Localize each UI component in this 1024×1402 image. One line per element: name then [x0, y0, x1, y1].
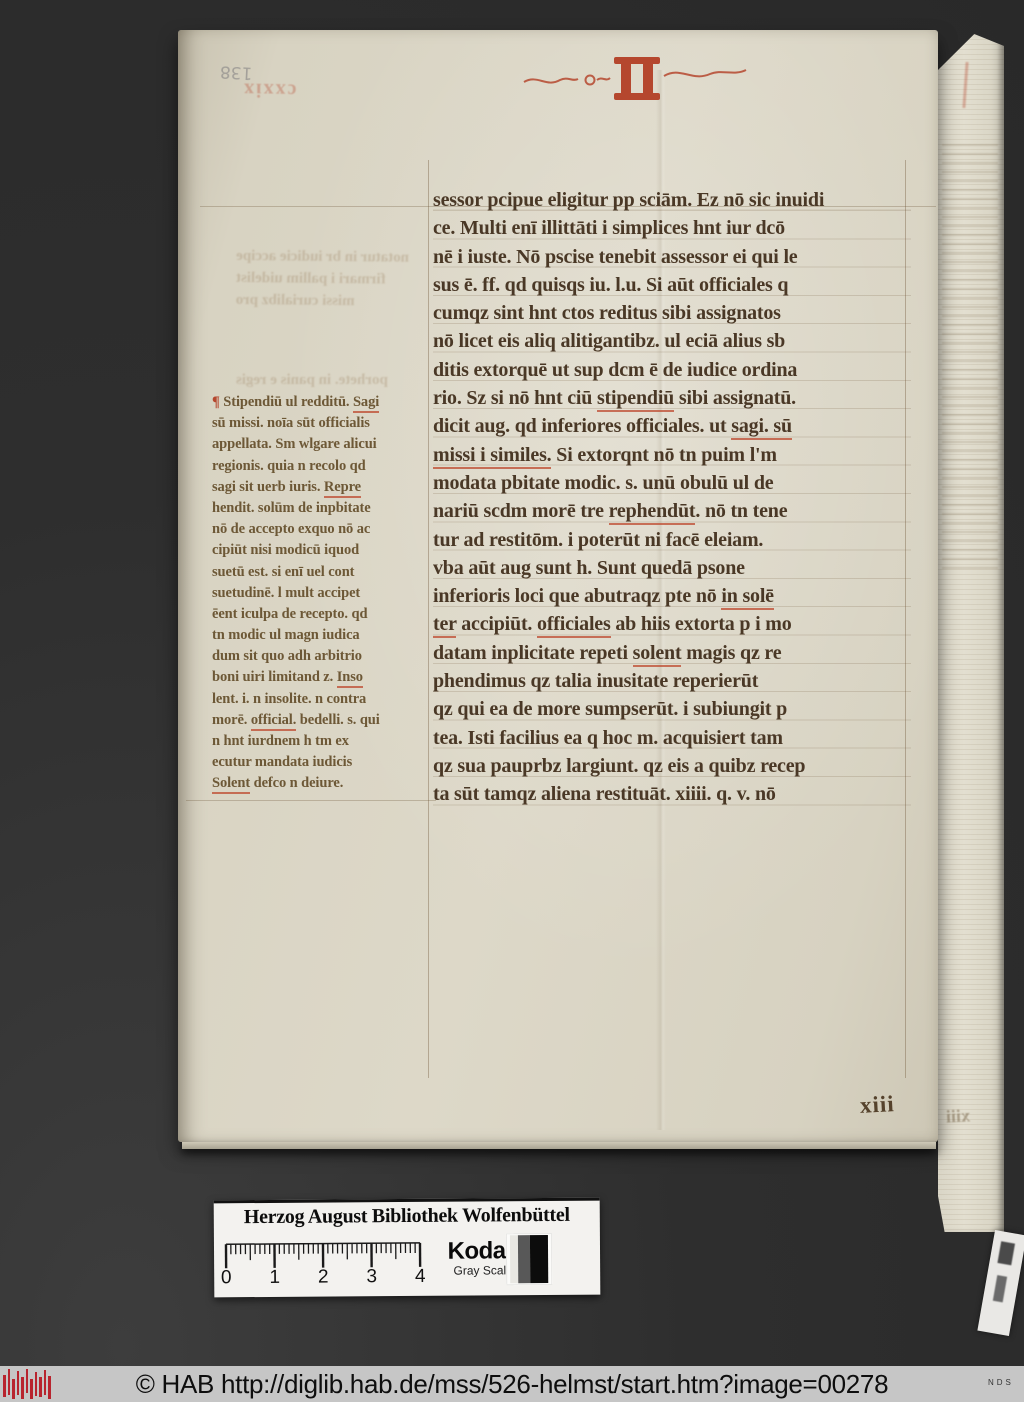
- showthrough-line: firmari i pallim uidelist: [236, 267, 446, 291]
- sliver-dark-patch: [997, 1241, 1015, 1265]
- text-line: phendimus qz talia inusitate reperierūt: [433, 667, 911, 695]
- text-line: appellata. Sm wlgare alicui: [212, 434, 440, 455]
- sliver-gray-patch: [993, 1275, 1007, 1302]
- text-line: sus ē. ff. qd quisqs iu. l.u. Si aūt off…: [433, 271, 911, 299]
- text-line: modata pbitate modic. s. unū obulū ul de: [433, 469, 911, 497]
- marginal-gloss-column: ¶ Stipendiū ul redditū. Sagisū missi. no…: [212, 392, 440, 795]
- photographer-corner-mark: NDS: [988, 1378, 1014, 1387]
- fore-edge-showthrough-texture: [942, 144, 998, 574]
- text-line: qz qui ea de more sumpserūt. i subiungit…: [433, 695, 911, 723]
- text-line: suetudinē. l mult accipet: [212, 583, 440, 604]
- caption-bar: © HAB http://diglib.hab.de/mss/526-helms…: [0, 1366, 1024, 1402]
- text-line: lent. i. n insolite. n contra: [212, 689, 440, 710]
- text-line: nō licet eis aliq alitigantibz. ul eciā …: [433, 327, 911, 355]
- text-line: sagi sit uerb iuris. Repre: [212, 477, 440, 498]
- ruler-number: 2: [315, 1267, 331, 1289]
- kodak-reference-card: Herzog August Bibliothek Wolfenbüttel 01…: [214, 1198, 601, 1298]
- text-line: dum sit quo adh arbitrio: [212, 646, 440, 667]
- text-line: rio. Sz si nō hnt ciū stipendiū sibi ass…: [433, 384, 911, 412]
- text-line: vba aūt aug sunt h. Sunt quedā psone: [433, 554, 911, 582]
- text-line: nē i iuste. Nō pscise tenebit assessor e…: [433, 243, 911, 271]
- text-line: inferioris loci que abutraqz pte nō in s…: [433, 582, 911, 610]
- gray-step-black: [530, 1235, 548, 1283]
- text-line: tn modic ul magn iudica: [212, 625, 440, 646]
- ruler-numbers: 01234: [222, 1266, 424, 1291]
- text-line: sessor pcipue eligitur pp sciām. Ez nō s…: [433, 186, 911, 214]
- text-line: qz sua pauprbz largiunt. qz eis a quibz …: [433, 752, 911, 780]
- source-url-caption: © HAB http://diglib.hab.de/mss/526-helms…: [0, 1369, 1024, 1400]
- ruling-line-gloss-bottom: [186, 800, 436, 801]
- text-line: ta sūt tamqz aliena restituāt. xiiii. q.…: [433, 780, 911, 808]
- text-line: ēent iculpa de recepto. qd: [212, 604, 440, 625]
- text-line: tur ad restitōm. i poterūt ni facē eleia…: [433, 526, 911, 554]
- showthrough-text-line: porhete. in panis e regis: [236, 372, 446, 389]
- text-line: Solent defco n deiure.: [212, 773, 440, 794]
- gray-step-mid: [518, 1235, 530, 1283]
- quire-signature: xiii: [859, 1091, 895, 1119]
- registration-barcode-icon: [2, 1367, 54, 1401]
- text-line: ecutur mandata iudicis: [212, 752, 440, 773]
- text-line: nō de accepto exquo nō ac: [212, 519, 440, 540]
- leaf-bottom-edge: [182, 1142, 936, 1149]
- showthrough-line: missi curialibz pro: [236, 289, 446, 313]
- fore-edge-red-mark: [962, 62, 968, 108]
- text-line: boni uiri limitand z. Inso: [212, 667, 440, 688]
- gray-scale-steps: [510, 1235, 548, 1283]
- text-line: ditis extorquē ut sup dcm ē de iudice or…: [433, 356, 911, 384]
- text-line: ¶ Stipendiū ul redditū. Sagi: [212, 392, 440, 413]
- showthrough-text-block: notatur in br iudicie accipefirmari i pa…: [236, 245, 447, 313]
- text-line: ter accipiūt. officiales ab hiis extorta…: [433, 610, 911, 638]
- text-line: datam inplicitate repeti solent magis qz…: [433, 639, 911, 667]
- showthrough-line: notatur in br iudicie accipe: [236, 245, 446, 269]
- text-line: n hnt iurdnem h tm ex: [212, 731, 440, 752]
- text-line: cumqz sint hnt ctos reditus sibi assigna…: [433, 299, 911, 327]
- ruler-number: 1: [267, 1267, 283, 1289]
- text-line: dicit aug. qd inferiores officiales. ut …: [433, 412, 911, 440]
- showthrough-rubric-numeral: cxxix: [242, 78, 297, 102]
- text-line: tea. Isti facilius ea q hoc m. acquisier…: [433, 724, 911, 752]
- text-line: hendit. solūm de inpbitate: [212, 498, 440, 519]
- ruler-number: 3: [364, 1266, 380, 1288]
- text-line: regionis. quia n recolo qd: [212, 456, 440, 477]
- ruler-number: 0: [218, 1267, 234, 1289]
- library-name-label: Herzog August Bibliothek Wolfenbüttel: [214, 1204, 600, 1230]
- text-line: cipiūt nisi modicū iquod: [212, 540, 440, 561]
- rubric-chapter-numeral: [520, 52, 750, 106]
- text-line: nariū scdm morē tre rephendūt. nō tn ten…: [433, 497, 911, 525]
- text-line: ce. Multi enī illittāti i simplices hnt …: [433, 214, 911, 242]
- fore-edge-quire-signature-ghost: xiii: [945, 1105, 970, 1127]
- folio-fore-edge: xiii: [938, 34, 1004, 1232]
- scale-card-sliver: [977, 1230, 1024, 1336]
- gray-scale-patch: [506, 1233, 552, 1285]
- rubric-numeral-flourish-icon: [520, 52, 750, 106]
- text-line: sū missi. noīa sūt officialis: [212, 413, 440, 434]
- scan-canvas: xiii 138 cxxix notatur in br iudicie acc…: [0, 0, 1024, 1402]
- main-text-column: sessor pcipue eligitur pp sciām. Ez nō s…: [433, 186, 911, 809]
- text-line: suetū est. si enī uel cont: [212, 562, 440, 583]
- text-line: missi i similes. Si extorqnt nō tn puim …: [433, 441, 911, 469]
- ruler-number: 4: [412, 1266, 428, 1288]
- text-line: morē. official. bedelli. s. qui: [212, 710, 440, 731]
